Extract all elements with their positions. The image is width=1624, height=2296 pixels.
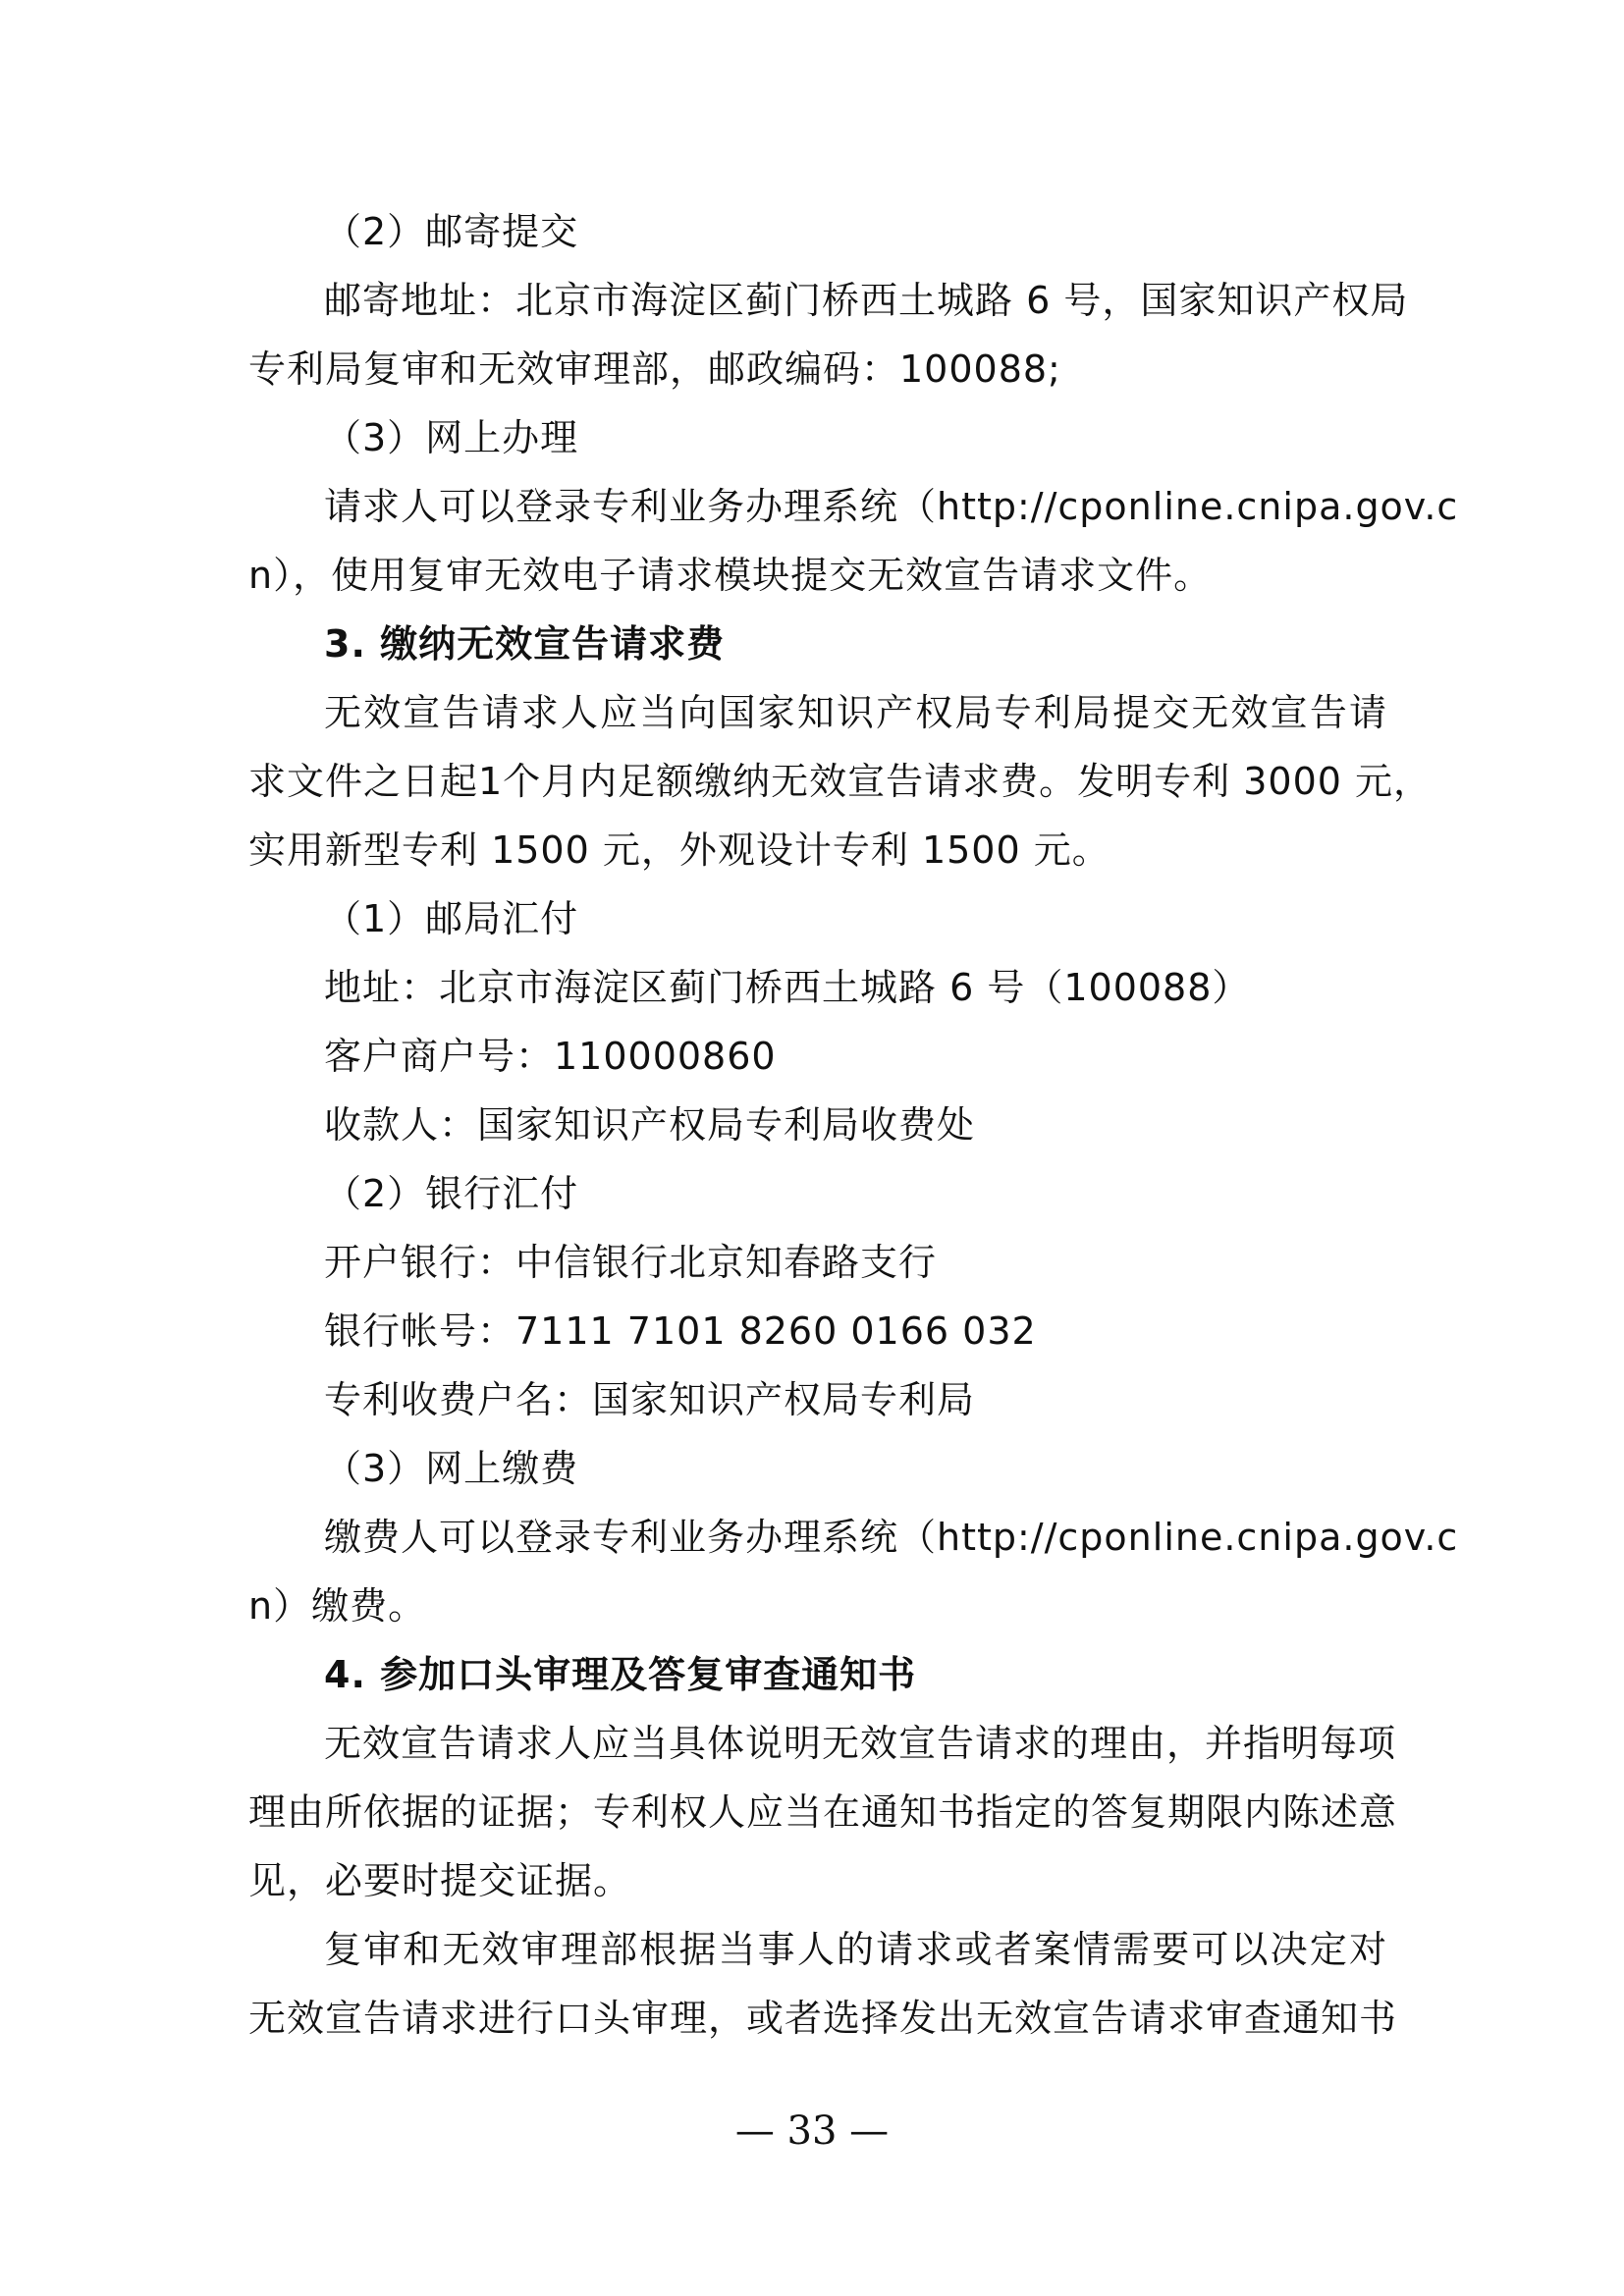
paragraph-line: 客户商户号：110000860	[324, 1033, 1463, 1080]
page-number: — 33 —	[0, 2109, 1624, 2154]
paragraph-line: 实用新型专利 1500 元，外观设计专利 1500 元。	[248, 827, 1387, 874]
paragraph-line: 请求人可以登录专利业务办理系统（http://cponline.cnipa.go…	[324, 483, 1387, 530]
subheading-postal-remittance: （1）邮局汇付	[324, 895, 1463, 942]
paragraph-line: 求文件之日起1个月内足额缴纳无效宣告请求费。发明专利 3000 元，	[248, 758, 1387, 805]
subheading-mail-submission: （2）邮寄提交	[324, 208, 1463, 255]
paragraph-line: 开户银行：中信银行北京知春路支行	[324, 1239, 1463, 1286]
paragraph-line: 专利局复审和无效审理部，邮政编码：100088;	[248, 346, 1387, 393]
subheading-online-payment: （3）网上缴费	[324, 1445, 1463, 1492]
paragraph-line: 无效宣告请求人应当具体说明无效宣告请求的理由，并指明每项	[324, 1720, 1387, 1767]
paragraph-line: 无效宣告请求人应当向国家知识产权局专利局提交无效宣告请	[324, 689, 1387, 736]
document-page: （2）邮寄提交 邮寄地址：北京市海淀区蓟门桥西土城路 6 号，国家知识产权局 专…	[0, 0, 1624, 2296]
paragraph-line: n），使用复审无效电子请求模块提交无效宣告请求文件。	[248, 552, 1387, 599]
paragraph-line: 银行帐号：7111 7101 8260 0166 032	[324, 1308, 1463, 1355]
section-heading-4: 4. 参加口头审理及答复审查通知书	[324, 1651, 1463, 1698]
paragraph-line: n）缴费。	[248, 1582, 1387, 1629]
paragraph-line: 理由所依据的证据；专利权人应当在通知书指定的答复期限内陈述意	[248, 1789, 1387, 1836]
paragraph-line: 收款人：国家知识产权局专利局收费处	[324, 1101, 1463, 1148]
paragraph-line: 缴费人可以登录专利业务办理系统（http://cponline.cnipa.go…	[324, 1514, 1387, 1561]
paragraph-line: 无效宣告请求进行口头审理，或者选择发出无效宣告请求审查通知书	[248, 1995, 1387, 2042]
section-heading-3: 3. 缴纳无效宣告请求费	[324, 620, 1463, 667]
subheading-online-handling: （3）网上办理	[324, 414, 1463, 461]
paragraph-line: 见，必要时提交证据。	[248, 1857, 1387, 1904]
paragraph-line: 专利收费户名：国家知识产权局专利局	[324, 1376, 1463, 1423]
subheading-bank-remittance: （2）银行汇付	[324, 1170, 1463, 1217]
paragraph-line: 复审和无效审理部根据当事人的请求或者案情需要可以决定对	[324, 1926, 1387, 1973]
paragraph-line: 地址：北京市海淀区蓟门桥西土城路 6 号（100088）	[324, 964, 1463, 1011]
paragraph-line: 邮寄地址：北京市海淀区蓟门桥西土城路 6 号，国家知识产权局	[324, 277, 1387, 324]
